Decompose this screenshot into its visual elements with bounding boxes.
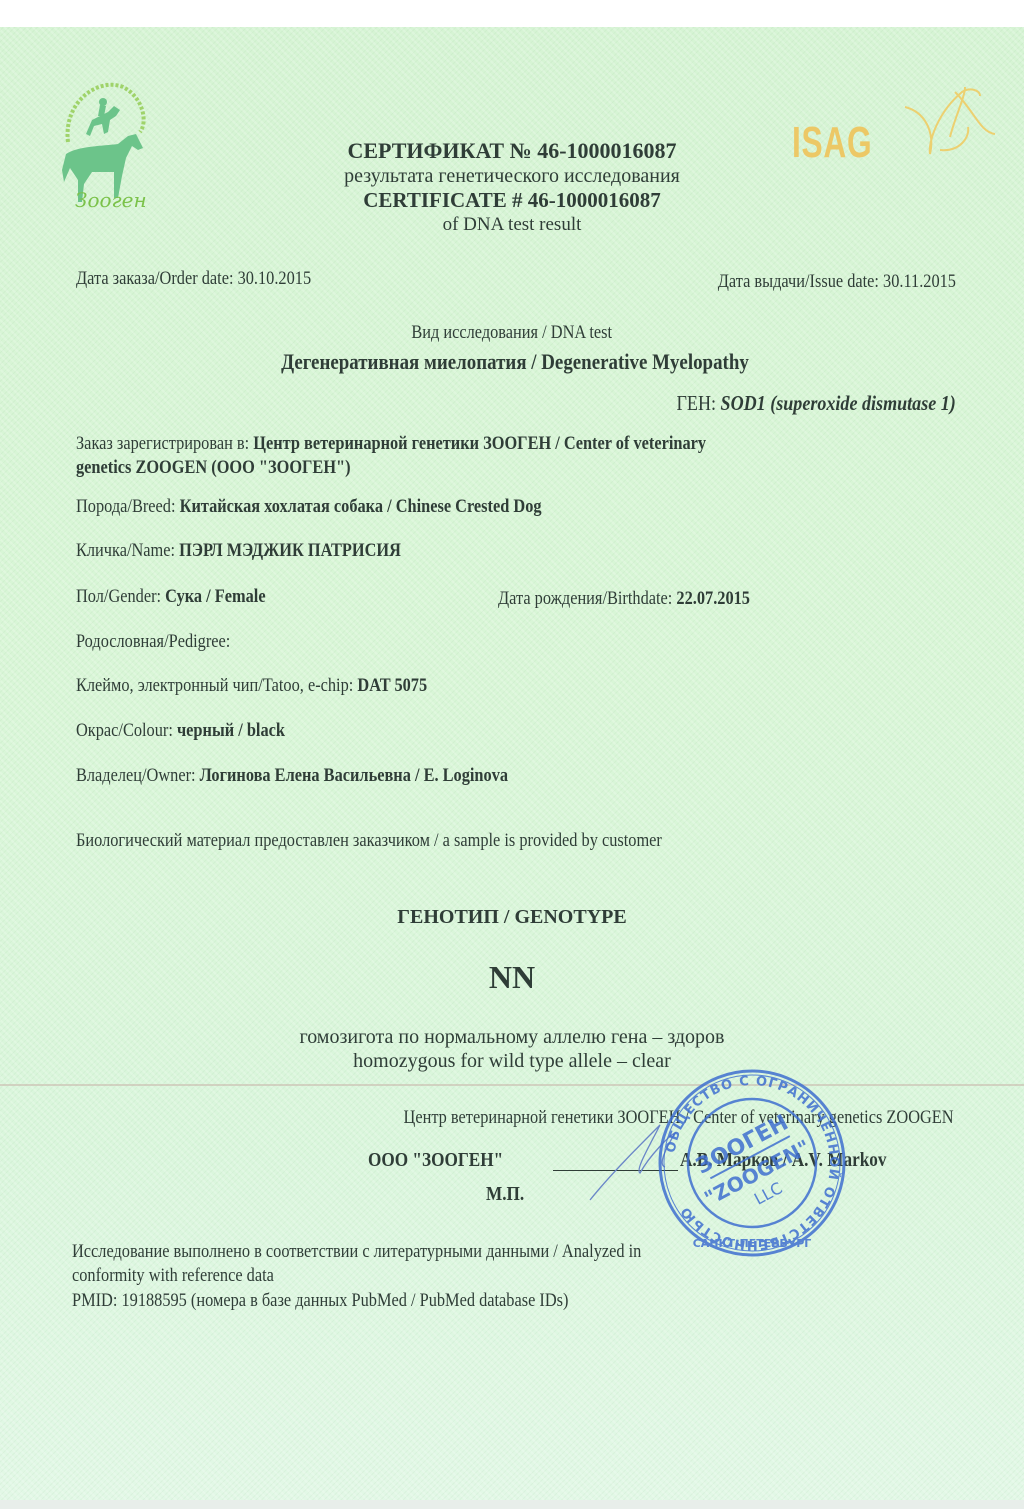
seal-label-text: М.П. bbox=[486, 1183, 524, 1206]
sample-note: Биологический материал предоставлен зака… bbox=[76, 830, 757, 852]
order-date-label: Дата заказа/Order date: bbox=[76, 268, 234, 289]
gene-value: SOD1 (superoxide dismutase 1) bbox=[721, 391, 956, 415]
owner: Владелец/Owner: Логинова Елена Васильевн… bbox=[76, 765, 578, 787]
reference-line2-text: conformity with reference data bbox=[72, 1265, 274, 1287]
order-date: Дата заказа/Order date: 30.10.2015 bbox=[76, 268, 349, 290]
gene: ГЕН: SOD1 (superoxide dismutase 1) bbox=[631, 391, 956, 416]
chip-value: DAT 5075 bbox=[357, 675, 427, 696]
certificate-subtitle-ru: результата генетического исследования bbox=[0, 165, 1024, 188]
dna-test-name: Дегенеративная миелопатия / Degenerative… bbox=[0, 349, 1024, 375]
dna-test-label: Вид исследования / DNA test bbox=[0, 322, 1024, 344]
certificate-subtitle-en: of DNA test result bbox=[0, 214, 1024, 236]
colour-label: Окрас/Colour: bbox=[76, 720, 173, 741]
registered-value-line2-text: genetics ZOOGEN (ООО "ЗООГЕН") bbox=[76, 457, 351, 479]
chip-label: Клеймо, электронный чип/Tatoo, e-chip: bbox=[76, 675, 353, 696]
owner-value: Логинова Елена Васильевна / E. Loginova bbox=[200, 765, 508, 786]
scan-bottom-edge bbox=[0, 1500, 1024, 1509]
dna-test-name-text: Дегенеративная миелопатия / Degenerative… bbox=[281, 349, 749, 375]
seal-label: М.П. bbox=[486, 1183, 530, 1206]
owner-label: Владелец/Owner: bbox=[76, 765, 196, 786]
breed-label: Порода/Breed: bbox=[76, 496, 176, 517]
order-date-value: 30.10.2015 bbox=[238, 268, 312, 289]
breed: Порода/Breed: Китайская хохлатая собака … bbox=[76, 496, 617, 518]
issue-date-label: Дата выдачи/Issue date: bbox=[718, 271, 879, 292]
issue-date-value: 30.11.2015 bbox=[883, 271, 956, 292]
sample-note-text: Биологический материал предоставлен зака… bbox=[76, 830, 662, 852]
genotype-description-en: homozygous for wild type allele – clear bbox=[0, 1050, 1024, 1073]
genotype-description-ru: гомозигота по нормальному аллелю гена – … bbox=[0, 1026, 1024, 1049]
name-value: ПЭРЛ МЭДЖИК ПАТРИСИЯ bbox=[179, 540, 401, 561]
name-label: Кличка/Name: bbox=[76, 540, 175, 561]
registered-value-line1: Центр ветеринарной генетики ЗООГЕН / Cen… bbox=[253, 433, 706, 454]
colour-value: черный / black bbox=[177, 720, 285, 741]
pedigree: Родословная/Pedigree: bbox=[76, 631, 255, 653]
birthdate-label: Дата рождения/Birthdate: bbox=[498, 588, 672, 609]
genotype-value: NN bbox=[0, 959, 1024, 996]
company-seal-stamp-icon: ОБЩЕСТВО С ОГРАНИЧЕННОЙ ОТВЕТСТВЕННОСТЬЮ… bbox=[652, 1063, 852, 1263]
pedigree-label: Родословная/Pedigree: bbox=[76, 631, 230, 652]
registered-at: Заказ зарегистрирован в: Центр ветеринар… bbox=[76, 433, 809, 455]
certificate-title-en: CERTIFICATE # 46-1000016087 bbox=[0, 188, 1024, 213]
registered-value-line2: genetics ZOOGEN (ООО "ЗООГЕН") bbox=[76, 457, 395, 479]
issue-date: Дата выдачи/Issue date: 30.11.2015 bbox=[679, 271, 956, 293]
reference-line1-text: Исследование выполнено в соответствии с … bbox=[72, 1241, 641, 1263]
gene-label: ГЕН: bbox=[677, 391, 717, 415]
registered-label: Заказ зарегистрирован в: bbox=[76, 433, 249, 454]
birthdate: Дата рождения/Birthdate: 22.07.2015 bbox=[498, 588, 791, 610]
reference-line1: Исследование выполнено в соответствии с … bbox=[72, 1241, 734, 1263]
gender-label: Пол/Gender: bbox=[76, 586, 161, 607]
pmid-line-text: PMID: 19188595 (номера в базе данных Pub… bbox=[72, 1290, 568, 1312]
gender: Пол/Gender: Сука / Female bbox=[76, 586, 296, 608]
reference-line2: conformity with reference data bbox=[72, 1265, 307, 1287]
dna-test-label-text: Вид исследования / DNA test bbox=[412, 322, 613, 344]
genotype-heading: ГЕНОТИП / GENOTYPE bbox=[0, 906, 1024, 929]
pmid-line: PMID: 19188595 (номера в базе данных Pub… bbox=[72, 1290, 649, 1312]
paper-fold-line bbox=[0, 1084, 1024, 1086]
breed-value: Китайская хохлатая собака / Chinese Cres… bbox=[180, 496, 542, 517]
birthdate-value: 22.07.2015 bbox=[676, 588, 750, 609]
signature-org: ООО "ЗООГЕН" bbox=[368, 1149, 525, 1172]
gender-value: Сука / Female bbox=[165, 586, 265, 607]
colour: Окрас/Colour: черный / black bbox=[76, 720, 319, 742]
dog-name: Кличка/Name: ПЭРЛ МЭДЖИК ПАТРИСИЯ bbox=[76, 540, 454, 562]
certificate-title-ru: СЕРТИФИКАТ № 46-1000016087 bbox=[0, 138, 1024, 164]
chip: Клеймо, электронный чип/Tatoo, e-chip: D… bbox=[76, 675, 484, 697]
signature-org-text: ООО "ЗООГЕН" bbox=[368, 1149, 503, 1172]
